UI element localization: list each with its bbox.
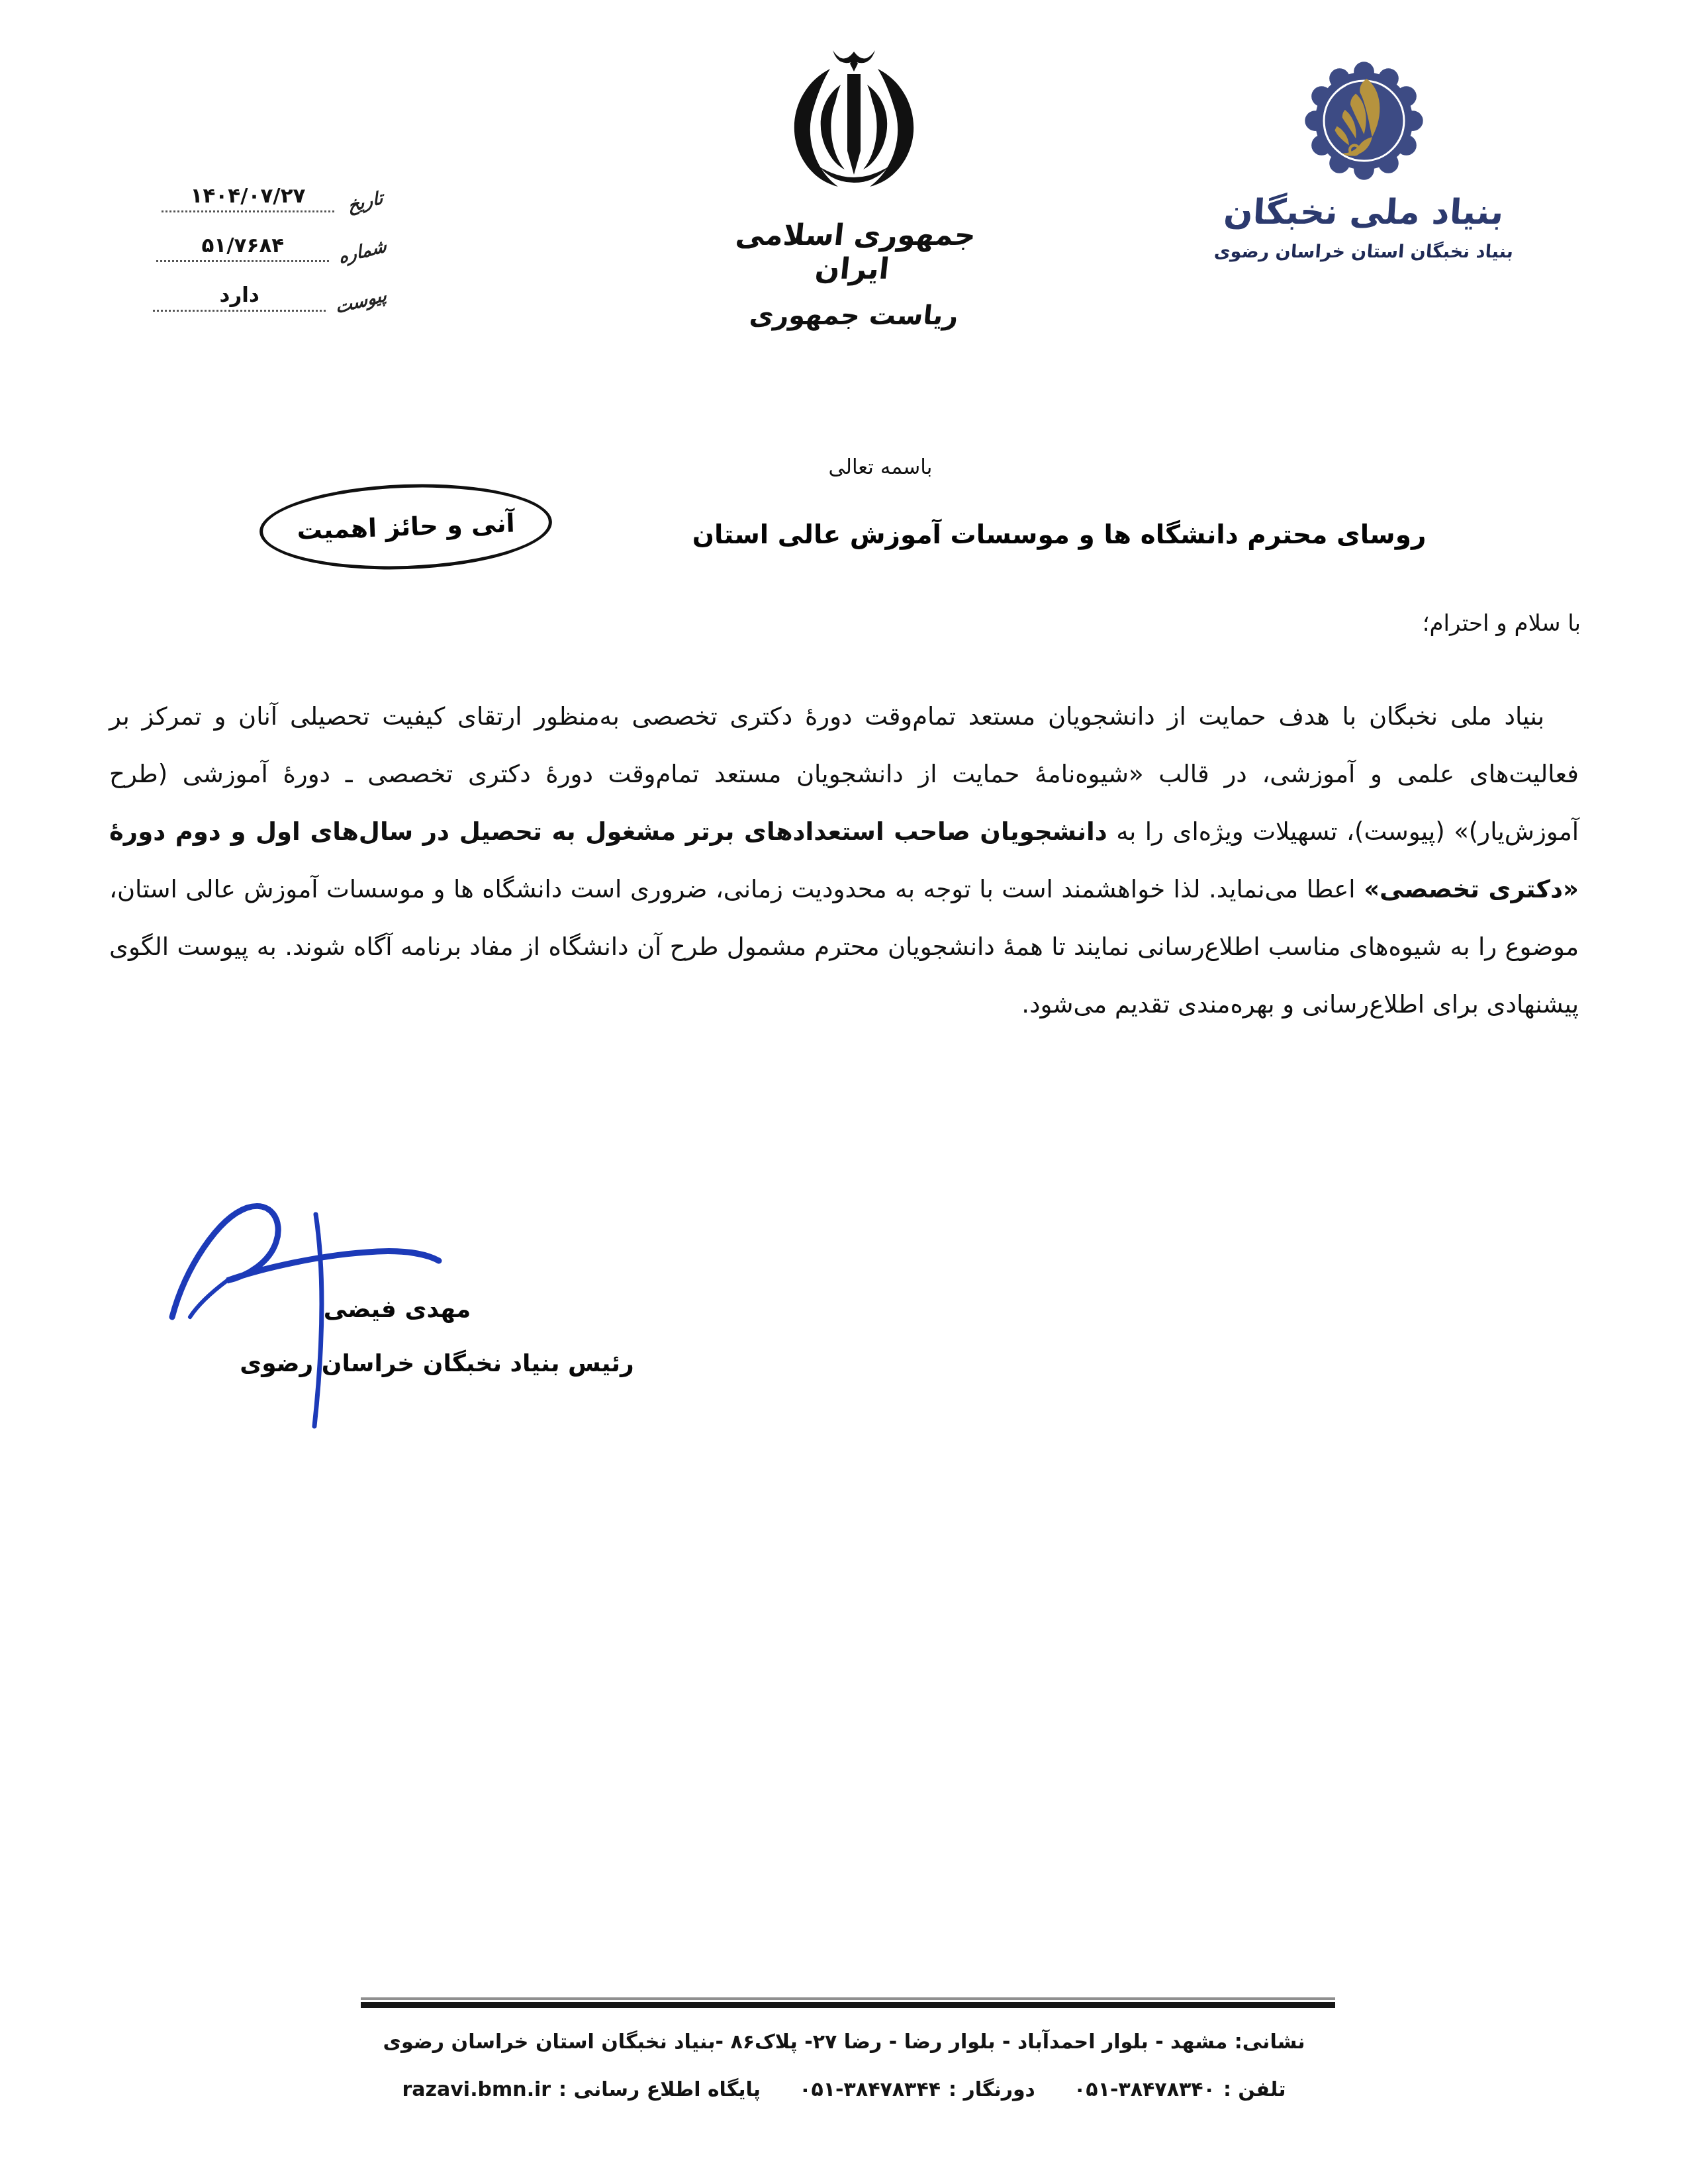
footer-contacts-line: تلفن :۳۸۴۷۸۳۴۰-۰۵۱ دورنگار :۳۸۴۷۸۳۴۴-۰۵۱… <box>199 2078 1489 2101</box>
iran-emblem-icon <box>771 40 937 212</box>
signatory-name: مهدی فیضی <box>291 1296 503 1323</box>
meta-row-attachment: پیوست دارد <box>149 283 387 312</box>
foundation-calligraphy-title: بنیاد ملی نخبگان <box>1210 193 1517 232</box>
recipient-heading: روسای محترم دانشگاه ها و موسسات آموزش عا… <box>688 520 1430 550</box>
attachment-label: پیوست <box>335 285 388 318</box>
urgency-stamp-text: آنی و حائز اهمیت <box>297 508 516 545</box>
meta-row-date: تاریخ ۱۴۰۴/۰۷/۲۷ <box>149 184 387 212</box>
center-letterhead: جمهوری اسلامی ایران ریاست جمهوری <box>715 40 993 331</box>
phone-group: تلفن :۳۸۴۷۸۳۴۰-۰۵۱ <box>1074 2078 1286 2101</box>
footer-divider-thin-line <box>361 1997 1335 2000</box>
official-letter-page: تاریخ ۱۴۰۴/۰۷/۲۷ شماره ۵۱/۷۶۸۴ پیوست دار… <box>0 0 1688 2184</box>
phone-value: ۳۸۴۷۸۳۴۰-۰۵۱ <box>1074 2078 1215 2101</box>
date-value: ۱۴۰۴/۰۷/۲۷ <box>162 184 334 212</box>
date-label: تاریخ <box>343 187 387 218</box>
footer-address-line: نشانی: مشهد - بلوار احمدآباد - بلوار رضا… <box>199 2030 1489 2054</box>
foundation-branch-title: بنیاد نخبگان استان خراسان رضوی <box>1211 242 1517 262</box>
letter-meta-block: تاریخ ۱۴۰۴/۰۷/۲۷ شماره ۵۱/۷۶۸۴ پیوست دار… <box>149 184 387 333</box>
fax-group: دورنگار :۳۸۴۷۸۳۴۴-۰۵۱ <box>799 2078 1035 2101</box>
fax-label: دورنگار : <box>949 2078 1035 2101</box>
foundation-letterhead: بنیاد ملی نخبگان بنیاد نخبگان استان خراس… <box>1211 53 1516 262</box>
letter-body-paragraph: بنیاد ملی نخبگان با هدف حمایت از دانشجوی… <box>109 688 1579 1033</box>
number-label: شماره <box>338 236 388 268</box>
phone-label: تلفن : <box>1223 2078 1286 2101</box>
presidency-title: ریاست جمهوری <box>714 300 995 331</box>
meta-row-number: شماره ۵۱/۷۶۸۴ <box>149 234 387 262</box>
website-label: پایگاه اطلاع رسانی : <box>559 2078 761 2101</box>
attachment-value: دارد <box>153 283 326 312</box>
besmele-line: باسمه تعالی <box>781 455 980 479</box>
website-value: razavi.bmn.ir <box>402 2078 551 2101</box>
body-segment-2: اعطا می‌نماید. لذا خواهشمند است با توجه … <box>109 875 1579 1019</box>
footer-divider-thick-line <box>361 2002 1335 2008</box>
signatory-title: رئیس بنیاد نخبگان خراسان رضوی <box>199 1350 675 1377</box>
website-group: پایگاه اطلاع رسانی :razavi.bmn.ir <box>402 2078 761 2101</box>
country-title: جمهوری اسلامی ایران <box>712 218 997 286</box>
fax-value: ۳۸۴۷۸۳۴۴-۰۵۱ <box>799 2078 941 2101</box>
elites-foundation-seal-icon <box>1296 53 1432 189</box>
footer-divider <box>361 1997 1335 2008</box>
urgency-stamp: آنی و حائز اهمیت <box>258 479 553 574</box>
number-value: ۵۱/۷۶۸۴ <box>156 234 329 262</box>
salutation-line: با سلام و احترام؛ <box>1423 610 1581 637</box>
